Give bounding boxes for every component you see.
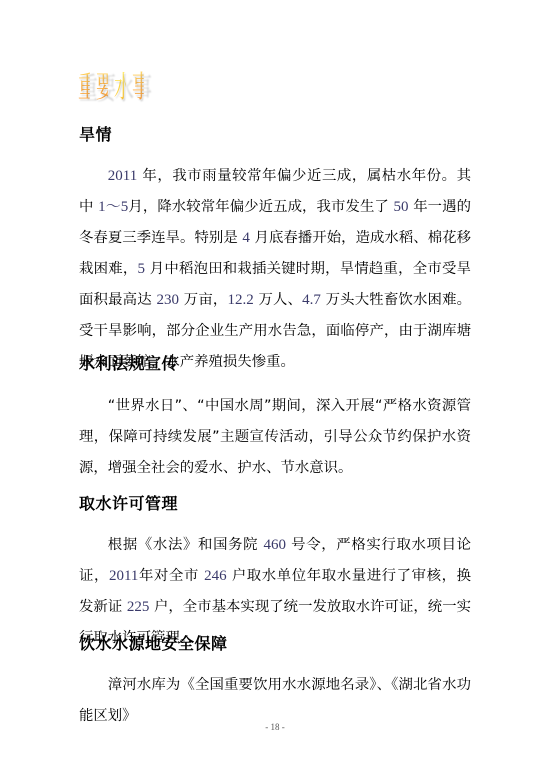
section-heading-water-permit: 取水许可管理 bbox=[79, 494, 178, 514]
numeric-value: 230 bbox=[157, 292, 180, 308]
numeric-value: 2011 bbox=[108, 168, 137, 184]
numeric-value: 4 bbox=[242, 230, 250, 246]
numeric-value: 50 bbox=[394, 199, 409, 215]
section-heading-law-publicity: 水利法规宣传 bbox=[79, 354, 178, 374]
text-run: 年对全市 bbox=[138, 568, 204, 584]
wordart-title: 重 要 水 事 bbox=[78, 66, 150, 110]
section-paragraph-drought: 2011 年，我市雨量较常年偏少近三成，属枯水年份。其中 1～5月，降水较常年偏… bbox=[79, 161, 471, 378]
text-run: 万人、 bbox=[254, 292, 302, 308]
numeric-value: 246 bbox=[204, 568, 227, 584]
page-number: - 18 - bbox=[0, 722, 550, 732]
text-run: 漳河水库为《全国重要饮用水水源地名录》、《湖北省水功能区划》 bbox=[79, 677, 471, 724]
text-run: 根据《水法》和国务院 bbox=[108, 537, 264, 553]
section-heading-drought: 旱情 bbox=[79, 125, 112, 145]
text-run: “世界水日”、“中国水周”期间，深入开展“严格水资源管理，保障可持续发展”主题宣… bbox=[79, 398, 471, 476]
text-run: 月，降水较常年偏少近五成，我市发生了 bbox=[128, 199, 393, 215]
document-page: 重 要 水 事 旱情 2011 年，我市雨量较常年偏少近三成，属枯水年份。其中 … bbox=[0, 0, 550, 780]
numeric-value: 460 bbox=[263, 537, 286, 553]
numeric-value: 5 bbox=[137, 261, 145, 277]
wordart-char: 水 bbox=[114, 66, 126, 110]
numeric-value: 1～5 bbox=[98, 199, 128, 215]
numeric-value: 4.7 bbox=[302, 292, 321, 308]
wordart-char: 事 bbox=[132, 66, 144, 110]
section-paragraph-law-publicity: “世界水日”、“中国水周”期间，深入开展“严格水资源管理，保障可持续发展”主题宣… bbox=[79, 391, 471, 484]
section-heading-water-source-safety: 饮水水源地安全保障 bbox=[79, 634, 228, 654]
numeric-value: 225 bbox=[127, 599, 150, 615]
text-run: 万亩， bbox=[179, 292, 227, 308]
wordart-char: 要 bbox=[96, 66, 108, 110]
numeric-value: 2011 bbox=[109, 568, 138, 584]
numeric-value: 12.2 bbox=[227, 292, 253, 308]
wordart-char: 重 bbox=[78, 66, 90, 110]
